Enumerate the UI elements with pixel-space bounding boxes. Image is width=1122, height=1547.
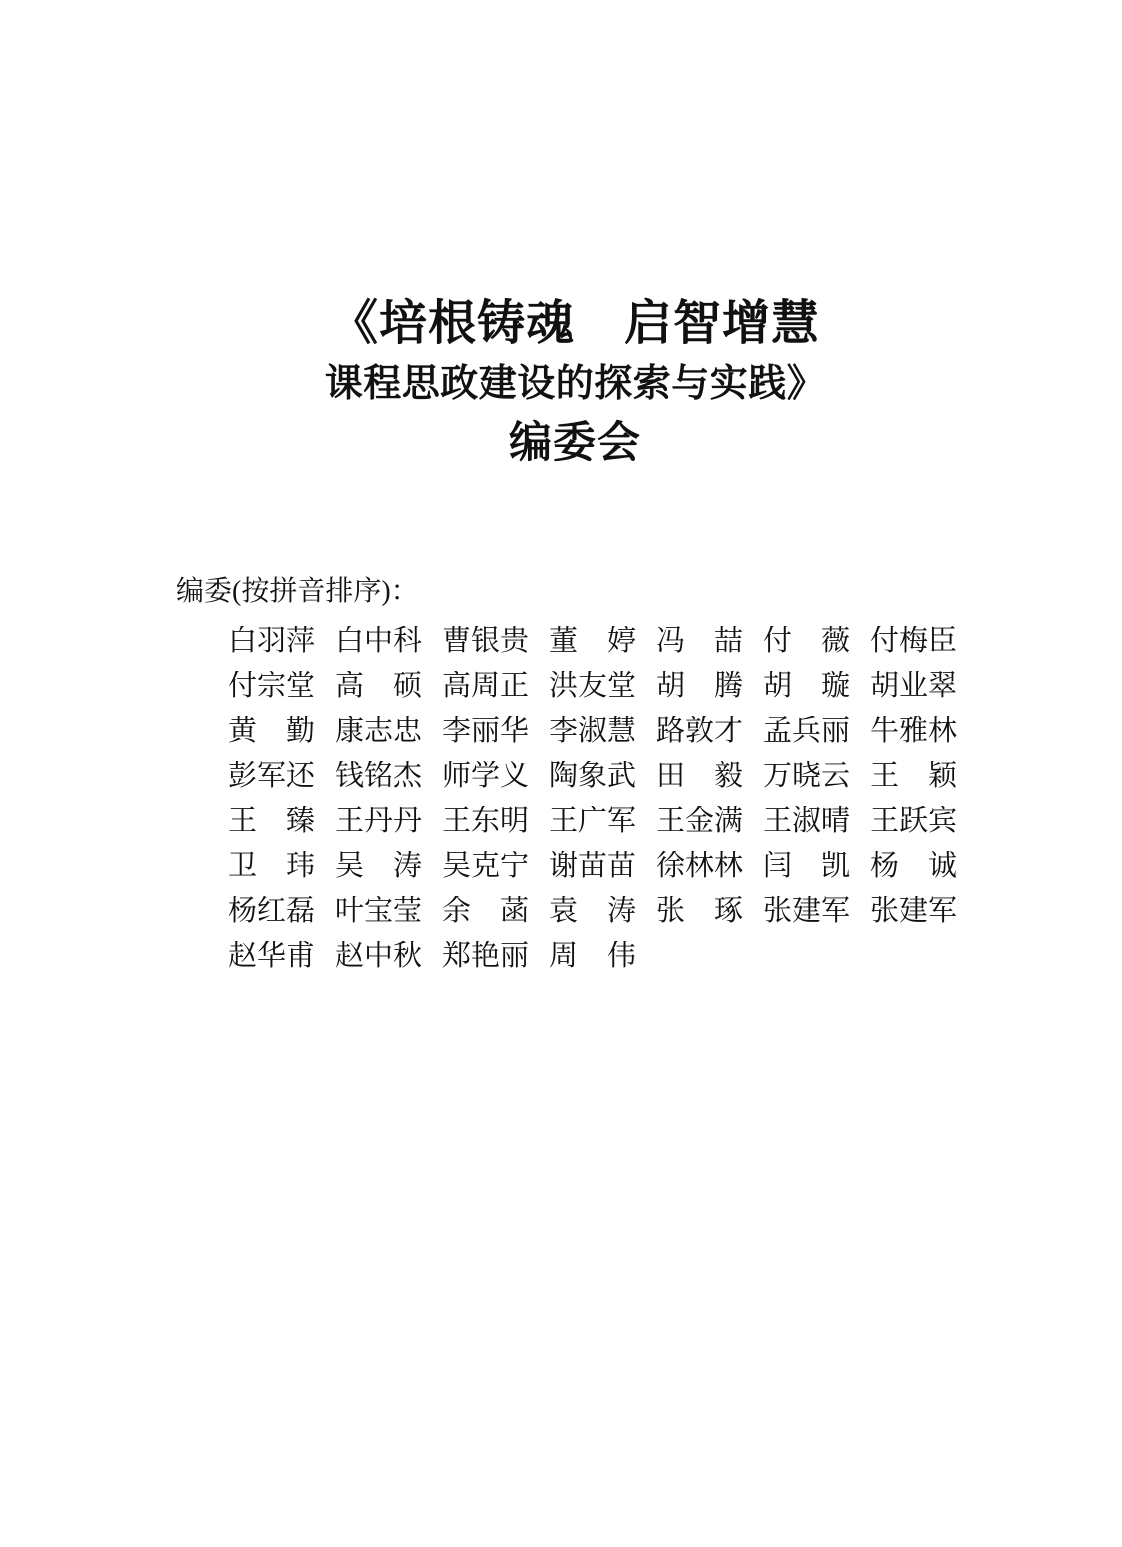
member-name: 冯 喆 xyxy=(656,626,743,656)
member-name: 赵华甫 xyxy=(228,941,315,971)
member-name: 余 菡 xyxy=(442,896,529,926)
member-name: 杨红磊 xyxy=(228,896,315,926)
member-name: 王跃宾 xyxy=(870,806,957,836)
member-name: 胡 腾 xyxy=(656,671,743,701)
member-name: 胡 璇 xyxy=(763,671,850,701)
member-name: 叶宝莹 xyxy=(335,896,422,926)
member-name: 白中科 xyxy=(335,626,422,656)
member-name: 曹银贵 xyxy=(442,626,529,656)
member-name: 王广军 xyxy=(549,806,636,836)
member-name: 王 臻 xyxy=(228,806,315,836)
member-name: 彭军还 xyxy=(228,761,315,791)
committee-page: 《培根铸魂 启智增慧 课程思政建设的探索与实践》 编委会 编委(按拼音排序)： … xyxy=(0,0,1122,1547)
member-name: 付 薇 xyxy=(763,626,850,656)
member-name: 高周正 xyxy=(442,671,529,701)
member-name: 路敦才 xyxy=(656,716,743,746)
book-title-line1: 《培根铸魂 启智增慧 xyxy=(14,293,1122,355)
member-name: 杨 诚 xyxy=(870,851,957,881)
member-name: 张建军 xyxy=(763,896,850,926)
member-name: 赵中秋 xyxy=(335,941,422,971)
member-name: 孟兵丽 xyxy=(763,716,850,746)
member-name: 钱铭杰 xyxy=(335,761,422,791)
member-name: 高 硕 xyxy=(335,671,422,701)
member-name: 卫 玮 xyxy=(228,851,315,881)
member-name: 王金满 xyxy=(656,806,743,836)
member-name: 董 婷 xyxy=(549,626,636,656)
member-name: 付梅臣 xyxy=(870,626,957,656)
member-name: 李丽华 xyxy=(442,716,529,746)
member-name: 吴 涛 xyxy=(335,851,422,881)
member-name: 周 伟 xyxy=(549,941,636,971)
member-name: 王东明 xyxy=(442,806,529,836)
book-title-block: 《培根铸魂 启智增慧 课程思政建设的探索与实践》 编委会 xyxy=(14,293,1122,475)
member-name: 付宗堂 xyxy=(228,671,315,701)
member-name: 郑艳丽 xyxy=(442,941,529,971)
member-name: 牛雅林 xyxy=(870,716,957,746)
member-name: 万晓云 xyxy=(763,761,850,791)
member-name: 白羽萍 xyxy=(228,626,315,656)
members-grid: 白羽萍白中科曹银贵董 婷冯 喆付 薇付梅臣付宗堂高 硕高周正洪友堂胡 腾胡 璇胡… xyxy=(228,626,957,971)
member-name: 洪友堂 xyxy=(549,671,636,701)
member-name: 徐林林 xyxy=(656,851,743,881)
member-name: 王淑晴 xyxy=(763,806,850,836)
member-name: 师学义 xyxy=(442,761,529,791)
member-name: 胡业翠 xyxy=(870,671,957,701)
members-sort-label: 编委(按拼音排序)： xyxy=(176,576,419,608)
member-name: 黄 勤 xyxy=(228,716,315,746)
member-name: 王 颖 xyxy=(870,761,957,791)
member-name: 李淑慧 xyxy=(549,716,636,746)
member-name: 吴克宁 xyxy=(442,851,529,881)
book-title-line2: 课程思政建设的探索与实践》 xyxy=(14,355,1122,413)
committee-heading: 编委会 xyxy=(14,413,1122,475)
member-name: 陶象武 xyxy=(549,761,636,791)
member-name: 袁 涛 xyxy=(549,896,636,926)
member-name: 谢苗苗 xyxy=(549,851,636,881)
member-name: 康志忠 xyxy=(335,716,422,746)
member-name: 张建军 xyxy=(870,896,957,926)
member-name: 王丹丹 xyxy=(335,806,422,836)
member-name: 田 毅 xyxy=(656,761,743,791)
member-name: 闫 凯 xyxy=(763,851,850,881)
member-name: 张 琢 xyxy=(656,896,743,926)
